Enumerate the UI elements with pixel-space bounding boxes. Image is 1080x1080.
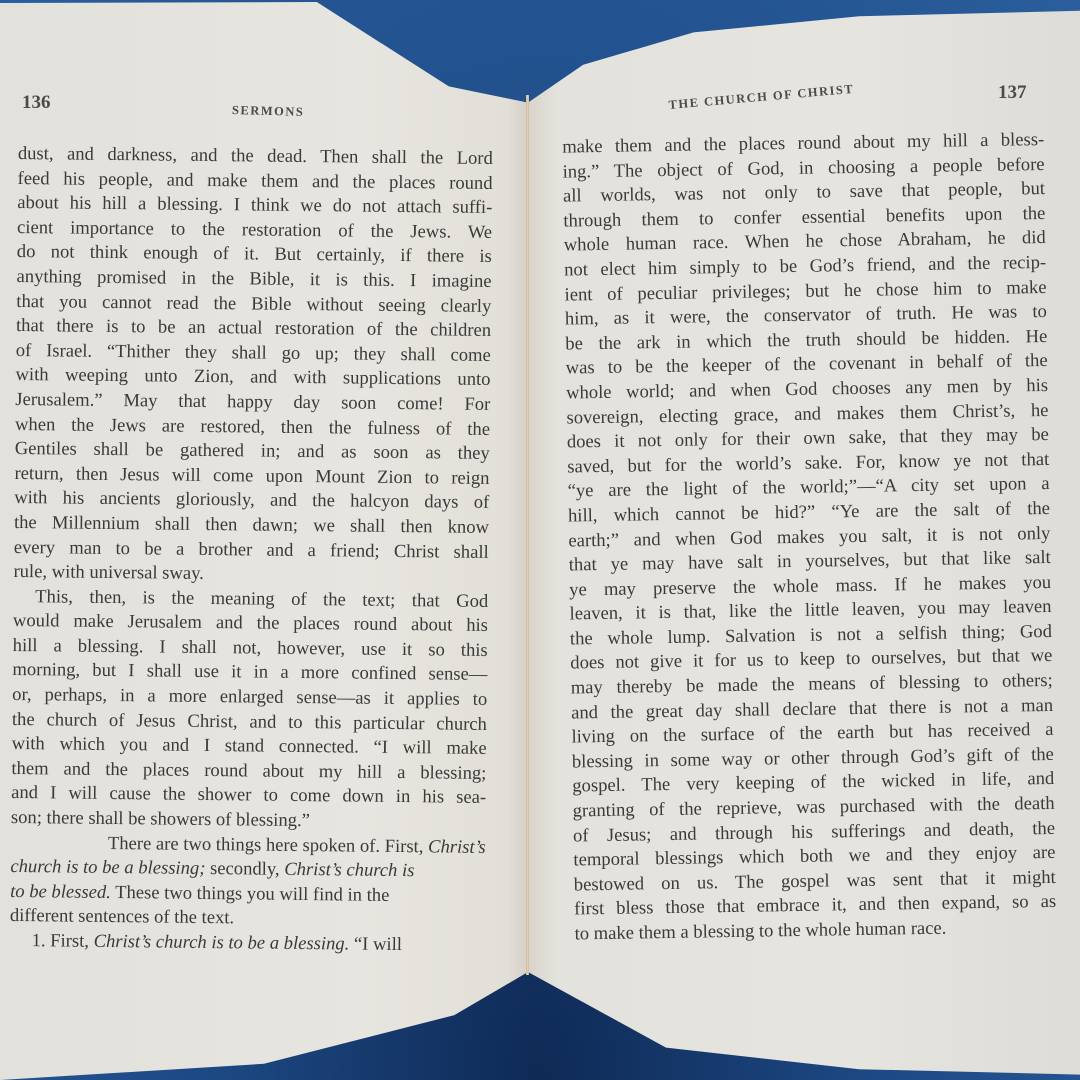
left-running-head: SERMONS [232,103,305,120]
right-page-number: 137 [998,82,1027,104]
left-page-body: dust, and darkness, and the dead. Then s… [10,142,493,959]
italic-span: church is to be a blessing; [10,856,205,879]
heading-trail: “I will [349,934,402,956]
left-page-number: 136 [22,92,51,114]
italic-span: Christ’s church is [284,859,414,881]
text-line: son; there shall be showers of blessing.… [11,806,486,836]
text-span: There are two things here spoken of. Fir… [108,833,428,857]
italic-span: Christ’s [428,836,486,858]
book-gutter [526,95,529,975]
heading-number: 1. First, [32,930,94,952]
section-heading: 1. First, Christ’s church is to be a ble… [10,929,485,959]
text-span: These two things you will find in the [111,882,390,906]
heading-italic: Christ’s church is to be a blessing. [94,931,350,955]
text-span: secondly, [205,858,284,880]
italic-span: to be blessed. [10,881,111,903]
right-page-body: make them and the places round about my … [562,128,1057,947]
